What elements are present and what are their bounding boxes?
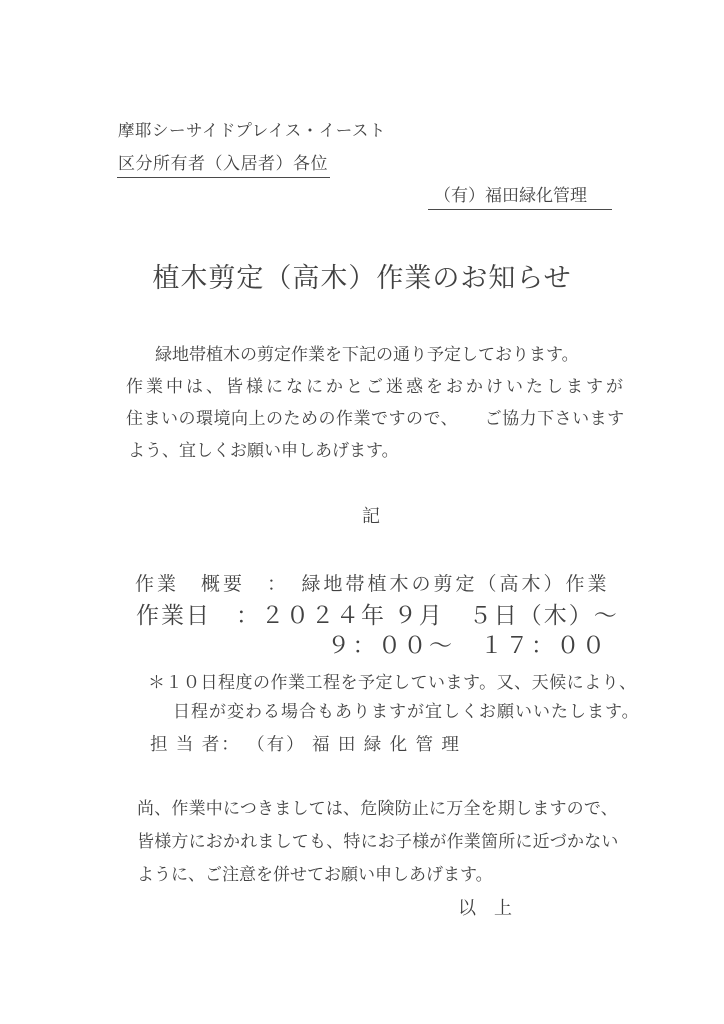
schedule-note-line-2: 日程が変わる場合もありますが宜しくお願いいたします。 bbox=[173, 701, 640, 722]
company-name: （有）福田緑化管理 bbox=[428, 185, 612, 210]
addressee-line: 区分所有者（入居者）各位 bbox=[117, 153, 330, 178]
notice-title: 植木剪定（高木）作業のお知らせ bbox=[0, 256, 724, 295]
intro-line-2: 作業中は、皆様になにかとご迷惑をおかけいたしますが bbox=[126, 376, 626, 397]
intro-line-3: 住まいの環境向上のための作業ですので、 ご協力下さいます bbox=[126, 408, 625, 429]
document-page: 摩耶シーサイドプレイス・イースト 区分所有者（入居者）各位 （有）福田緑化管理 … bbox=[0, 0, 724, 1024]
closing-line-3: ように、ご注意を併せてお願い申しあげます。 bbox=[137, 864, 493, 885]
closing-line-1: 尚、作業中につきましては、危険防止に万全を期しますので、 bbox=[137, 798, 618, 819]
schedule-note-line-1: ＊１０日程度の作業工程を予定しています。又、天候により、 bbox=[148, 672, 637, 693]
record-marker: 記 bbox=[362, 505, 380, 528]
work-date-line: 作業日 ：２０２４年 ９月 ５日（木）～ bbox=[136, 602, 619, 631]
staff-in-charge-line: 担 当 者： （有） 福 田 緑 化 管 理 bbox=[150, 734, 461, 756]
building-name: 摩耶シーサイドプレイス・イースト bbox=[118, 121, 386, 142]
closing-line-2: 皆様方におかれましても、特にお子様が作業箇所に近づかない bbox=[137, 831, 619, 852]
end-marker: 以 上 bbox=[458, 897, 512, 920]
work-time-line: ９：００～ １７：００ bbox=[327, 632, 608, 661]
intro-line-1: 緑地帯植木の剪定作業を下記の通り予定しております。 bbox=[126, 344, 579, 365]
work-overview-line: 作業 概要 ： 緑地帯植木の剪定（高木）作業 bbox=[135, 573, 610, 597]
intro-line-4: よう、宜しくお願い申しあげます。 bbox=[128, 440, 399, 461]
